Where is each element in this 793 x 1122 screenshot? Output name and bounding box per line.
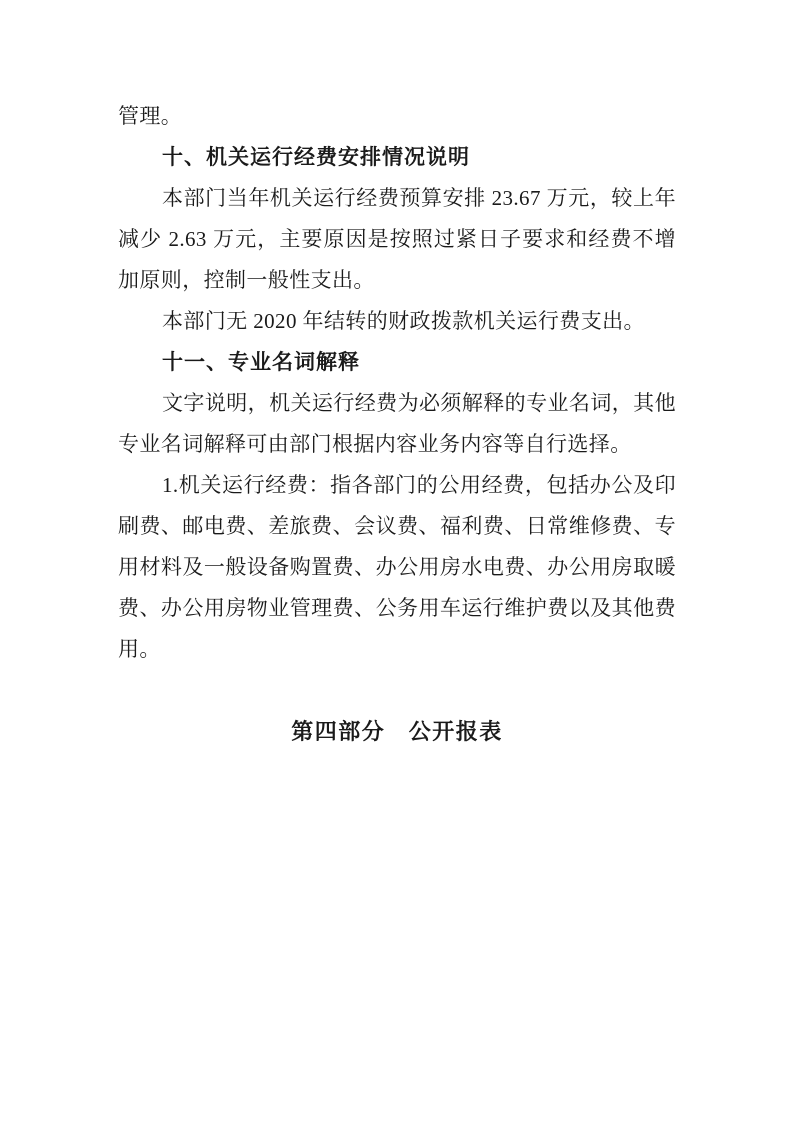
paragraph-operating-expense-budget: 本部门当年机关运行经费预算安排 23.67 万元，较上年减少 2.63 万元，主… <box>118 178 676 301</box>
paragraph-term-definition-1: 1.机关运行经费：指各部门的公用经费，包括办公及印刷费、邮电费、差旅费、会议费、… <box>118 465 676 670</box>
section-heading-11: 十一、专业名词解释 <box>118 342 676 383</box>
document-page: 管理。 十、机关运行经费安排情况说明 本部门当年机关运行经费预算安排 23.67… <box>0 0 793 1122</box>
section-heading-10: 十、机关运行经费安排情况说明 <box>118 137 676 178</box>
paragraph-terms-intro: 文字说明，机关运行经费为必须解释的专业名词，其他专业名词解释可由部门根据内容业务… <box>118 383 676 465</box>
part-four-title: 第四部分 公开报表 <box>118 711 676 752</box>
paragraph-no-carryover: 本部门无 2020 年结转的财政拨款机关运行费支出。 <box>118 301 676 342</box>
paragraph-continuation: 管理。 <box>118 96 676 137</box>
